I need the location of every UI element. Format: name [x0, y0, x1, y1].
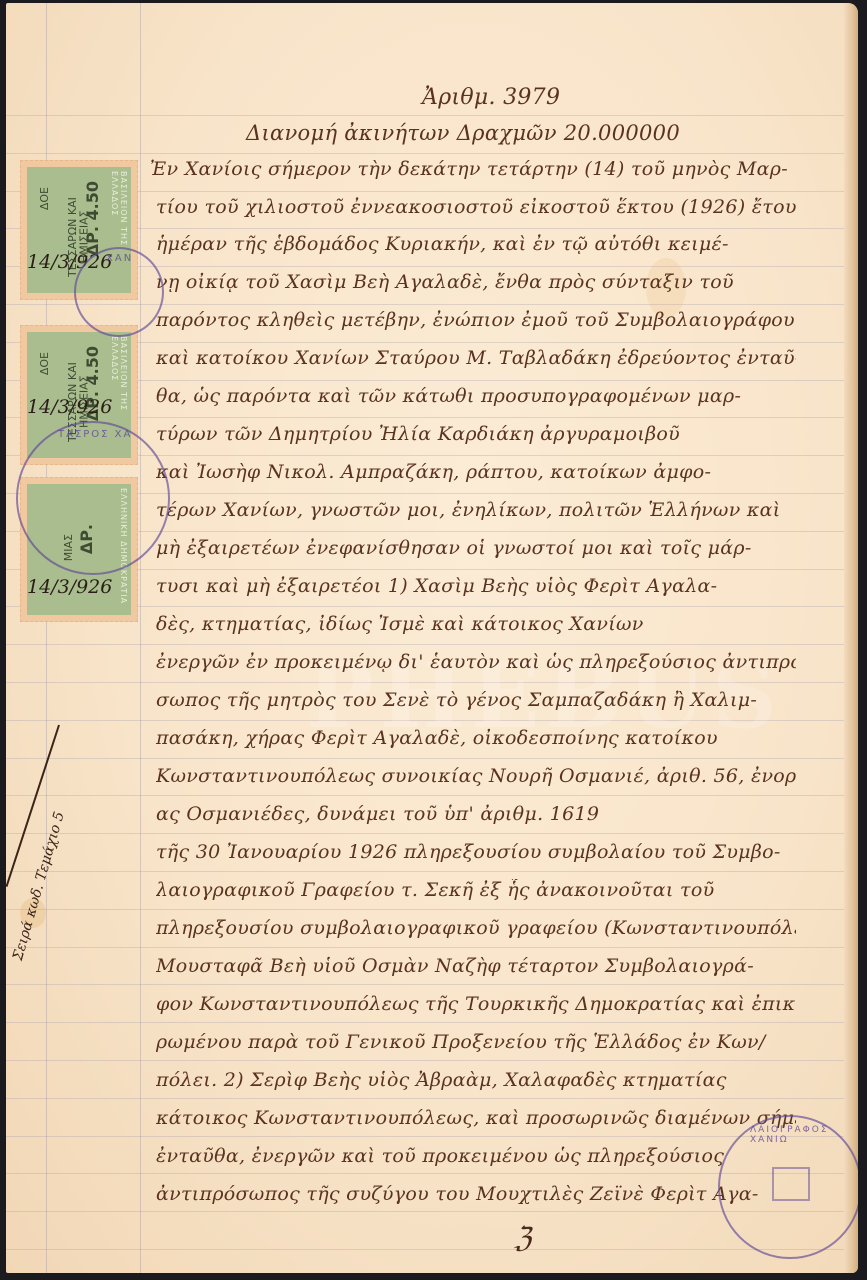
- ruled-line: [6, 153, 846, 154]
- text-line: φον Κωνσταντινουπόλεως τῆς Τουρκικῆς Δημ…: [156, 993, 796, 1015]
- notary-seal-3: ΛΑΙΟΓΡΑΦΟΣ ΧΑΝΙΩ: [718, 1115, 858, 1259]
- ruled-line: [6, 871, 846, 872]
- ruled-line: [6, 1060, 846, 1061]
- stamp-date: 14/3/926: [27, 396, 112, 418]
- ruled-line: [6, 758, 846, 759]
- notary-seal-2: ΤΑΣΡΟΣ ΧΑ: [16, 421, 170, 575]
- text-line: Ἐν Χανίοις σήμερον τὴν δεκάτην τετάρτην …: [150, 158, 790, 180]
- seal-text: ΛΑΙΟΓΡΑΦΟΣ ΧΑΝΙΩ: [750, 1125, 858, 1145]
- text-line: Κωνσταντινουπόλεως συνοικίας Νουρῆ Οσμαν…: [156, 765, 796, 787]
- text-line: παρόντος κληθεὶς μετέβην, ἐνώπιον ἐμοῦ τ…: [156, 309, 796, 331]
- text-line: πασάκη, χήρας Φερὶτ Αγαλαδὲ, οἰκοδεσποίν…: [156, 727, 796, 749]
- ruled-line: [6, 1136, 846, 1137]
- text-line: καὶ κατοίκου Χανίων Σταύρου Μ. Ταβλαδάκη…: [156, 347, 796, 369]
- text-line: κάτοικος Κωνσταντινουπόλεως, καὶ προσωρι…: [156, 1107, 796, 1129]
- ruled-line: [6, 795, 846, 796]
- stamp-date: 14/3/926: [27, 576, 112, 598]
- ruled-line: [6, 115, 846, 116]
- ruled-line: [6, 909, 846, 910]
- text-line: τύρων τῶν Δημητρίου Ἠλία Καρδιάκη ἀργυρα…: [156, 423, 796, 445]
- text-line: νῃ οἰκίᾳ τοῦ Χασὶμ Βεὴ Αγαλαδὲ, ἔνθα πρὸ…: [156, 271, 796, 293]
- text-line: ἀντιπρόσωπος τῆς συζύγου του Μουχτιλὲς Ζ…: [156, 1183, 796, 1205]
- margin-line-inner: [140, 3, 141, 1273]
- text-line: ἐνταῦθα, ἐνεργῶν καὶ τοῦ προκειμένου ὡς …: [156, 1145, 796, 1167]
- document-page: PHEBUS Ἀριθμ. 3979 Διανομή ἀκινήτων Δραχ…: [6, 3, 858, 1273]
- notary-signature: ℨ: [514, 1221, 532, 1254]
- text-line: ας Οσμανιέδες, δυνάμει τοῦ ὑπ' ἀριθμ. 16…: [156, 803, 796, 825]
- text-line: πόλει. 2) Σερὶφ Βεὴς υἱὸς Ἀβραὰμ, Χαλαφα…: [156, 1069, 796, 1091]
- ruled-line: [6, 1249, 846, 1250]
- text-line: ἐνεργῶν ἐν προκειμένῳ δι' ἑαυτὸν καὶ ὡς …: [156, 651, 796, 673]
- seal-text: ΤΑΣΡΟΣ ΧΑ: [58, 429, 132, 440]
- text-line: Μουσταφᾶ Βεὴ υἱοῦ Οσμὰν Ναζὴφ τέταρτον Σ…: [156, 955, 796, 977]
- notary-seal-1: ΧΑΝ: [74, 247, 164, 337]
- document-heading: Διανομή ἀκινήτων Δραχμῶν 20.000000: [246, 121, 680, 145]
- text-line: τῆς 30 Ἰανουαρίου 1926 πληρεξουσίου συμβ…: [156, 841, 796, 863]
- stamp-footer: ΔΟΕ: [39, 187, 51, 210]
- document-number: Ἀριθμ. 3979: [422, 85, 560, 110]
- ruled-line: [6, 947, 846, 948]
- text-line: καὶ Ἰωσὴφ Νικολ. Αμπραζάκη, ράπτου, κατο…: [156, 461, 796, 483]
- page-edge: [844, 3, 858, 1273]
- text-line: πληρεξουσίου συμβολαιογραφικοῦ γραφείου …: [156, 917, 796, 939]
- ruled-line: [6, 1022, 846, 1023]
- ruled-line: [6, 1211, 846, 1212]
- text-line: τέρων Χανίων, γνωστῶν μοι, ἐνηλίκων, πολ…: [156, 499, 796, 521]
- text-line: θα, ὡς παρόντα καὶ τῶν κάτωθι προσυπογρα…: [156, 385, 796, 407]
- text-line: ρωμένου παρὰ τοῦ Γενικοῦ Προξενείου τῆς …: [156, 1031, 796, 1053]
- text-line: τυσι καὶ μὴ ἐξαιρετέοι 1) Χασὶμ Βεὴς υἱὸ…: [156, 575, 796, 597]
- seal-text: ΧΑΝ: [106, 253, 133, 264]
- seal-emblem-icon: [772, 1167, 810, 1201]
- ruled-line: [6, 833, 846, 834]
- ruled-line: [6, 1098, 846, 1099]
- text-line: ἡμέραν τῆς ἑβδομάδος Κυριακήν, καὶ ἐν τῷ…: [156, 233, 796, 255]
- stamp-footer: ΔΟΕ: [39, 352, 51, 375]
- text-line: μὴ ἐξαιρετέων ἐνεφανίσθησαν οἱ γνωστοί μ…: [156, 537, 796, 559]
- ruled-line: [6, 984, 846, 985]
- text-line: τίου τοῦ χιλιοστοῦ ἐννεακοσιοστοῦ εἰκοστ…: [156, 196, 796, 218]
- text-line: λαιογραφικοῦ Γραφείου τ. Σεκῆ ἐξ ἧς ἀνακ…: [156, 879, 796, 901]
- text-line: σωπος τῆς μητρὸς του Σενὲ τὸ γένος Σαμπα…: [156, 689, 796, 711]
- text-line: δὲς, κτηματίας, ἰδίως Ἰσμὲ καὶ κάτοικος …: [156, 613, 796, 635]
